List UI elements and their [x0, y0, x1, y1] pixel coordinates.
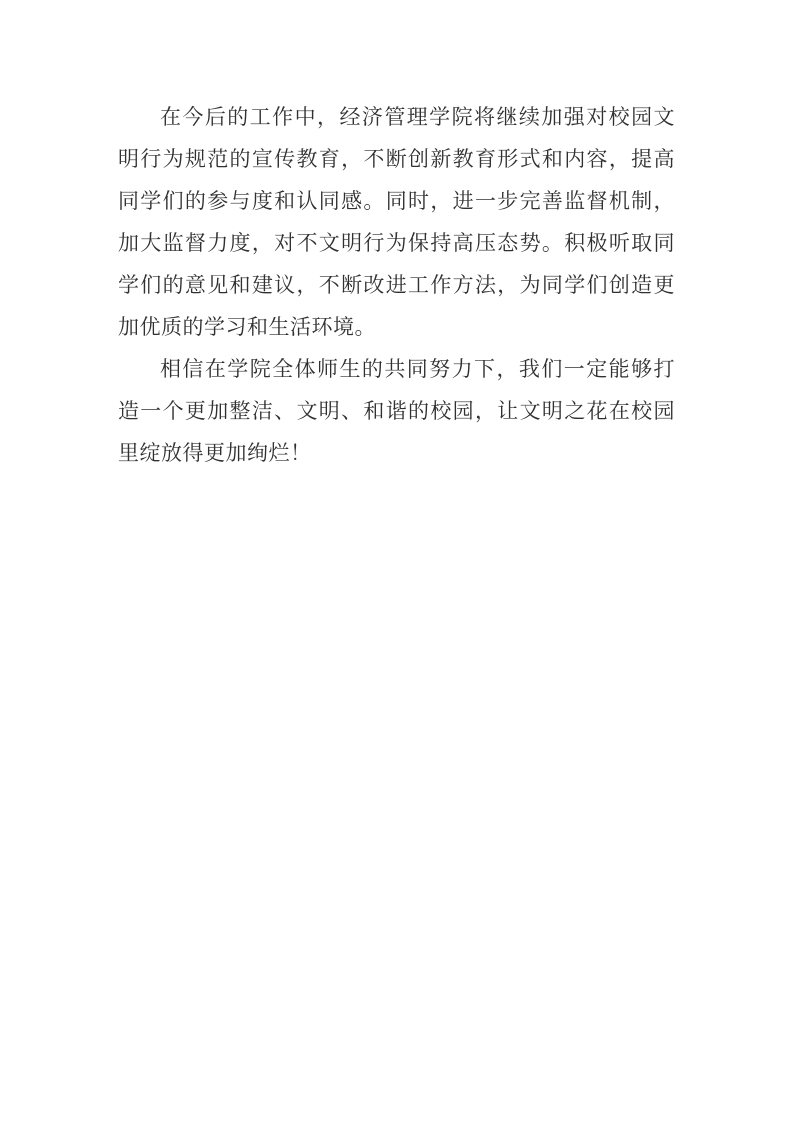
paragraph-1: 在今后的工作中，经济管理学院将继续加强对校园文明行为规范的宣传教育，不断创新教育…	[118, 96, 675, 348]
document-page: 在今后的工作中，经济管理学院将继续加强对校园文明行为规范的宣传教育，不断创新教育…	[0, 0, 793, 1122]
paragraph-2: 相信在学院全体师生的共同努力下，我们一定能够打造一个更加整洁、文明、和谐的校园，…	[118, 348, 675, 474]
document-body: 在今后的工作中，经济管理学院将继续加强对校园文明行为规范的宣传教育，不断创新教育…	[118, 96, 675, 474]
